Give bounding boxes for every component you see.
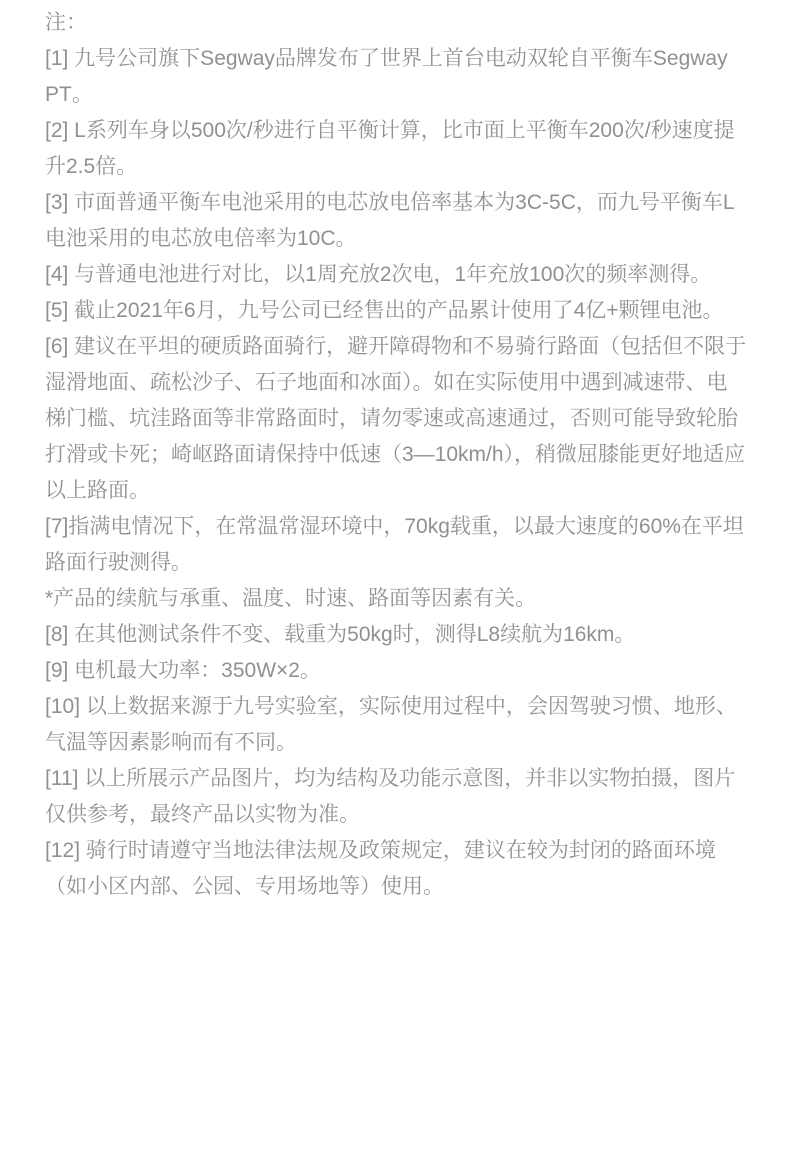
note-item: [2] L系列车身以500次/秒进行自平衡计算，比市面上平衡车200次/秒速度提… bbox=[45, 113, 748, 185]
note-item: [8] 在其他测试条件不变、载重为50kg时，测得L8续航为16km。 bbox=[45, 617, 748, 653]
note-item: [9] 电机最大功率：350W×2。 bbox=[45, 653, 748, 689]
note-item-footnote: *产品的续航与承重、温度、时速、路面等因素有关。 bbox=[45, 581, 748, 617]
note-item: [5] 截止2021年6月，九号公司已经售出的产品累计使用了4亿+颗锂电池。 bbox=[45, 293, 748, 329]
note-item: [11] 以上所展示产品图片，均为结构及功能示意图，并非以实物拍摄，图片仅供参考… bbox=[45, 761, 748, 833]
note-item: [4] 与普通电池进行对比，以1周充放2次电，1年充放100次的频率测得。 bbox=[45, 257, 748, 293]
notes-title: 注： bbox=[45, 5, 748, 41]
note-item: [10] 以上数据来源于九号实验室，实际使用过程中，会因驾驶习惯、地形、气温等因… bbox=[45, 689, 748, 761]
note-item: [7]指满电情况下，在常温常湿环境中，70kg载重，以最大速度的60%在平坦路面… bbox=[45, 509, 748, 581]
product-notes-section: 注： [1] 九号公司旗下Segway品牌发布了世界上首台电动双轮自平衡车Seg… bbox=[0, 0, 790, 905]
note-item: [1] 九号公司旗下Segway品牌发布了世界上首台电动双轮自平衡车Segway… bbox=[45, 41, 748, 113]
note-item: [6] 建议在平坦的硬质路面骑行，避开障碍物和不易骑行路面（包括但不限于湿滑地面… bbox=[45, 329, 748, 509]
note-item: [3] 市面普通平衡车电池采用的电芯放电倍率基本为3C-5C，而九号平衡车L电池… bbox=[45, 185, 748, 257]
note-item: [12] 骑行时请遵守当地法律法规及政策规定，建议在较为封闭的路面环境（如小区内… bbox=[45, 833, 748, 905]
